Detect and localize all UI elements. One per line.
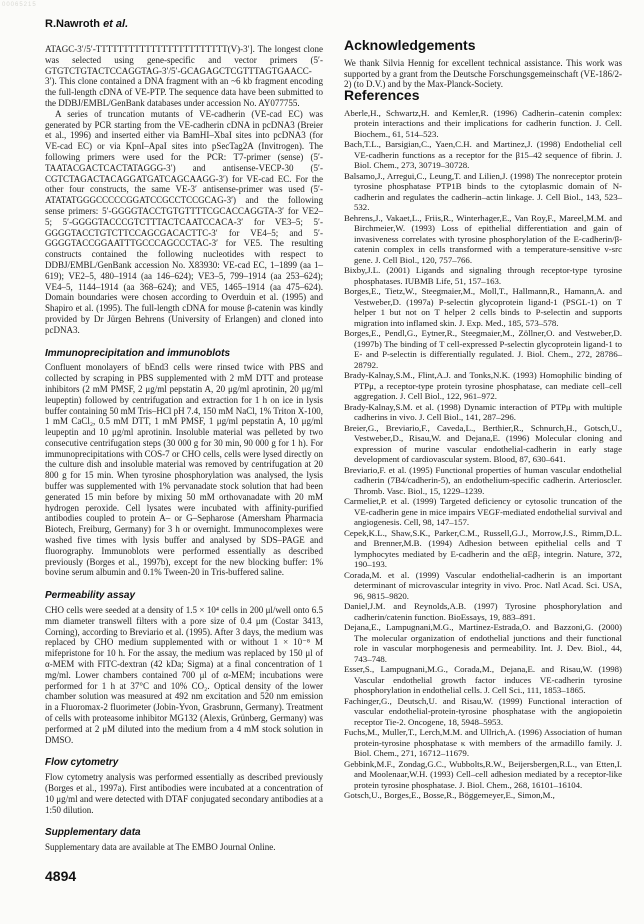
reference-item: Gotsch,U., Borges,E., Bosse,R., Böggemey… — [344, 790, 622, 801]
reference-item: Cepek,K.L., Shaw,S.K., Parker,C.M., Russ… — [344, 528, 622, 570]
methods-paragraph-truncation-mutants: A series of truncation mutants of VE-cad… — [45, 109, 323, 336]
reference-item: Brady-Kalnay,S.M. et al. (1998) Dynamic … — [344, 402, 622, 423]
reference-item: Borges,E., Tietz,W., Steegmaier,M., Moll… — [344, 286, 622, 328]
section-heading-supplementary-data: Supplementary data — [45, 828, 323, 839]
methods-paragraph-primers: ATAGC-3′/5′-TTTTTTTTTTTTTTTTTTTTTTTT(V)-… — [45, 44, 323, 109]
section-heading-flow-cytometry: Flow cytometry — [45, 758, 323, 769]
running-head-etal: et al. — [103, 18, 128, 30]
section-heading-permeability-assay: Permeability assay — [45, 591, 323, 602]
left-column: ATAGC-3′/5′-TTTTTTTTTTTTTTTTTTTTTTTT(V)-… — [45, 44, 323, 853]
running-head: R.Nawroth et al. — [45, 18, 128, 30]
reference-item: Gebbink,M.F., Zondag,G.C., Wubbolts,R.W.… — [344, 759, 622, 791]
right-column: Acknowledgements We thank Silvia Hennig … — [344, 40, 622, 801]
section-body-flow-cytometry: Flow cytometry analysis was performed es… — [45, 772, 323, 815]
reference-item: Corada,M. et al. (1999) Vascular endothe… — [344, 570, 622, 602]
reference-item: Dejana,E., Lampugnani,M.G., Martinez-Est… — [344, 622, 622, 664]
reference-item: Fachinger,G., Deutsch,U. and Risau,W. (1… — [344, 696, 622, 728]
reference-item: Behrens,J., Vakaet,L., Friis,R., Winterh… — [344, 213, 622, 266]
references-heading: References — [344, 90, 622, 101]
reference-item: Breviario,F. et al. (1995) Functional pr… — [344, 465, 622, 497]
reference-list: Aberle,H., Schwartz,H. and Kemler,R. (19… — [344, 108, 622, 801]
section-body-immunoprecipitation: Confluent monolayers of bEnd3 cells were… — [45, 362, 323, 578]
section-heading-immunoprecipitation: Immunoprecipitation and immunoblots — [45, 349, 323, 360]
acknowledgements-body: We thank Silvia Hennig for excellent tec… — [344, 58, 622, 90]
reference-item: Breier,G., Breviario,F., Caveda,L., Bert… — [344, 423, 622, 465]
section-body-supplementary-data: Supplementary data are available at The … — [45, 842, 323, 853]
reference-item: Bixby,J.L. (2001) Ligands and signaling … — [344, 265, 622, 286]
acknowledgements-heading: Acknowledgements — [344, 40, 622, 51]
reference-item: Balsamo,J., Arregui,C., Leung,T. and Lil… — [344, 171, 622, 213]
reference-item: Esser,S., Lampugnani,M.G., Corada,M., De… — [344, 664, 622, 696]
running-head-author: R.Nawroth — [45, 18, 103, 30]
reference-item: Borges,E., Pendl,G., Eytner,R., Steegmai… — [344, 328, 622, 370]
page-number: 4894 — [45, 868, 76, 884]
scan-watermark: 00065215 — [2, 2, 37, 8]
reference-item: Carmeliet,P. et al. (1999) Targeted defi… — [344, 496, 622, 528]
reference-item: Aberle,H., Schwartz,H. and Kemler,R. (19… — [344, 108, 622, 140]
section-body-permeability-assay: CHO cells were seeded at a density of 1.… — [45, 605, 323, 745]
reference-item: Daniel,J.M. and Reynolds,A.B. (1997) Tyr… — [344, 601, 622, 622]
reference-item: Brady-Kalnay,S.M., Flint,A.J. and Tonks,… — [344, 370, 622, 402]
reference-item: Bach,T.L., Barsigian,C., Yaen,C.H. and M… — [344, 139, 622, 171]
reference-item: Fuchs,M., Muller,T., Lerch,M.M. and Ullr… — [344, 727, 622, 759]
